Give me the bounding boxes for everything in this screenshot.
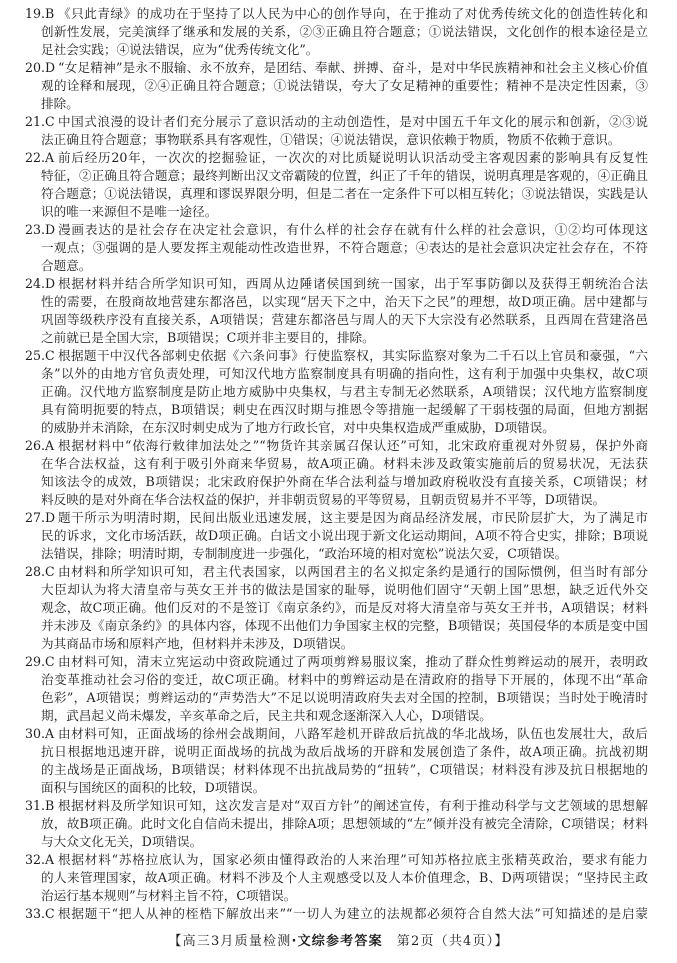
answer-line: 29.C由材料可知，清末立宪运动中资政院通过了两项剪辫易服议案，推动了群众性剪辫… [0, 653, 648, 671]
page-footer: 【高三3月质量检测·文综参考答案第2页（共4页）】 [0, 933, 677, 951]
answer-text: 根据题干“把人从神的桎梏下解放出来”“一切人为建立的法规都必须符合自然大法”可知… [58, 905, 648, 923]
answer-line: 并未涉及《南京条约》的具体内容，体现不出他们力争国家主权的完整，B项错误；英国侵… [41, 617, 648, 635]
answer-line: 观的诠释和展现，②④正确且符合题意；①说法错误，夸大了女足精神的重要性；精神不是… [41, 77, 648, 95]
answer-line: 法错误，排除；明清时期，专制制度进一步强化，“政治环境的相对宽松”说法欠妥，C项… [41, 545, 648, 563]
answer-item-22: 22.A前后经历20年，一次次的挖掘验证，一次次的对比质疑说明认识活动受主客观因… [0, 149, 677, 221]
answer-text: 漫画表达的是社会存在决定社会意识，有什么样的社会存在就有什么样的社会意识，①②均… [58, 221, 648, 239]
answer-text: 根据题干中汉代各部刺史依据《六条问事》行使监察权，其实际监察对象为二千石以上官员… [58, 347, 648, 365]
answer-text: 中国式浪漫的设计者们充分展示了意识活动的主动创造性，是对中国五千年文化的展示和创… [58, 113, 648, 131]
answer-line: 排除。 [41, 95, 648, 113]
footer-subject: ·文综参考答案 [291, 934, 382, 949]
answer-item-29: 29.C由材料可知，清末立宪运动中资政院通过了两项剪辫易服议案，推动了群众性剪辫… [0, 653, 677, 725]
answer-label: 28.C [25, 563, 58, 581]
answer-item-20: 20.D“女足精神”是永不服输、永不放弃，是团结、奉献、拼搏、奋斗，是对中华民族… [0, 59, 677, 113]
answer-line: 色彩”，A项错误；剪辫运动的“声势浩大”不足以说明清政府失去对全国的控制，B项错… [41, 689, 648, 707]
answer-item-25: 25.C根据题干中汉代各部刺史依据《六条问事》行使监察权，其实际监察对象为二千石… [0, 347, 677, 437]
answer-label: 32.A [25, 851, 58, 869]
answer-key-body: 19.B《只此青绿》的成功在于坚持了以人民为中心的创作导向，在于推动了对优秀传统… [0, 5, 677, 923]
answer-line: 24.D根据材料并结合所学知识可知，西周从边陲诸侯国到统一国家，出于军事防御以及… [0, 275, 648, 293]
answer-label: 30.A [25, 725, 58, 743]
answer-label: 23.D [25, 221, 58, 239]
answer-item-33: 33.C根据题干“把人从神的桎梏下解放出来”“一切人为建立的法规都必须符合自然大… [0, 905, 677, 923]
answer-line: 巩固等级秩序没有直接关系，A项错误；营建东都洛邑与周人的天下大宗没有必然联系，且… [41, 311, 648, 329]
answer-line: 符合题意；①说法错误，真理和谬误界限分明，但是二者在一定条件下可以相互转化；③说… [41, 185, 648, 203]
answer-label: 26.A [25, 437, 58, 455]
answer-item-19: 19.B《只此青绿》的成功在于坚持了以人民为中心的创作导向，在于推动了对优秀传统… [0, 5, 677, 59]
answer-line: 与大众文化无关，D项错误。 [41, 833, 648, 851]
answer-label: 22.A [25, 149, 58, 167]
answer-item-28: 28.C由材料和所学知识可知，君主代表国家，以两国君主的名义拟定条约是通行的国际… [0, 563, 677, 653]
footer-page-number: 第2页（共4页） [397, 934, 495, 949]
answer-line: 22.A前后经历20年，一次次的挖掘验证，一次次的对比质疑说明认识活动受主客观因… [0, 149, 648, 167]
footer-close-bracket: 】 [494, 934, 508, 949]
answer-label: 19.B [25, 5, 58, 23]
answer-text: “女足精神”是永不服输、永不放弃，是团结、奉献、拼搏、奋斗，是对中华民族精神和社… [58, 59, 648, 77]
answer-line: 观念，故C项正确。他们反对的不是签订《南京条约》，而是反对将大清皇帝与英女王并书… [41, 599, 648, 617]
answer-line: 法正确且符合题意；事物联系具有客观性，①错误；④说法错误，意识依赖于物质，物质不… [41, 131, 648, 149]
answer-line: 25.C根据题干中汉代各部刺史依据《六条问事》行使监察权，其实际监察对象为二千石… [0, 347, 648, 365]
answer-line: 21.C中国式浪漫的设计者们充分展示了意识活动的主动创造性，是对中国五千年文化的… [0, 113, 648, 131]
answer-text: 根据材料并结合所学知识可知，西周从边陲诸侯国到统一国家，出于军事防御以及获得王朝… [58, 275, 648, 293]
answer-line: 特征，②正确且符合题意；最终判断出汉文帝霸陵的位置，纠正了千年的错误，说明真理是… [41, 167, 648, 185]
answer-line: 23.D漫画表达的是社会存在决定社会意识，有什么样的社会存在就有什么样的社会意识… [0, 221, 648, 239]
answer-item-23: 23.D漫画表达的是社会存在决定社会意识，有什么样的社会存在就有什么样的社会意识… [0, 221, 677, 275]
answer-line: 放，故B项正确。此时文化自信尚未提出，排除A项；思想领域的“左”倾并没有被完全清… [41, 815, 648, 833]
answer-text: 由材料可知，正面战场的徐州会战期间，八路军趁机开辟敌后抗战的华北战场，队伍也发展… [58, 725, 648, 743]
answer-text: 根据材料“苏格拉底认为，国家必须由懂得政治的人来治理”可知苏格拉底主张精英政治，… [58, 851, 648, 869]
answer-line: 民的诉求，文化市场活跃，故D项正确。白话文小说出现于新文化运动期间，A项不符合史… [41, 527, 648, 545]
answer-line: 期，武昌起义尚未爆发，辛亥革命之后，民主共和观念逐渐深入人心，D项错误。 [41, 707, 648, 725]
answer-line: 识的唯一来源但不是唯一途径。 [41, 203, 648, 221]
answer-line: 料反映的是对外商在华合法权益的保护，并非朝贡贸易的平等贸易，且朝贡贸易并不平等，… [41, 491, 648, 509]
answer-line: 32.A根据材料“苏格拉底认为，国家必须由懂得政治的人来治理”可知苏格拉底主张精… [0, 851, 648, 869]
answer-line: 20.D“女足精神”是永不服输、永不放弃，是团结、奉献、拼搏、奋斗，是对中华民族… [0, 59, 648, 77]
answer-line: 19.B《只此青绿》的成功在于坚持了以人民为中心的创作导向，在于推动了对优秀传统… [0, 5, 648, 23]
answer-text: 题干所示为明清时期，民间出版业迅速发展，这主要是因为商品经济发展，市民阶层扩大，… [58, 509, 648, 527]
answer-line: 面积与国统区的面积的比较，D项错误。 [41, 779, 648, 797]
answer-line: 的威胁并未消除，在东汉时刺史成为了地方行政长官，对中央集权造成严重威胁，D项错误… [41, 419, 648, 437]
answer-line: 治变革推动社会习俗的变迁，故C项正确。材料中的剪辫运动是在清政府的指导下开展的，… [41, 671, 648, 689]
answer-label: 24.D [25, 275, 58, 293]
answer-line: 足社会实践；④说法错误，应为“优秀传统文化”。 [41, 41, 648, 59]
answer-line: 创新性发展，完美演绎了继承和发展的关系，②③正确且符合题意；①说法错误，文化创作… [41, 23, 648, 41]
answer-text: 由材料和所学知识可知，君主代表国家，以两国君主的名义拟定条约是通行的国际惯例，但… [58, 563, 648, 581]
answer-item-31: 31.B根据材料及所学知识可知，这次发言是对“双百方针”的阐述宣传，有利于推动科… [0, 797, 677, 851]
answer-line: 条”以外的由地方官负责处理，可知汉代地方监察制度具有明确的指向性，这有利于加强中… [41, 365, 648, 383]
answer-line: 27.D题干所示为明清时期，民间出版业迅速发展，这主要是因为商品经济发展，市民阶… [0, 509, 648, 527]
answer-line: 合题意。 [41, 257, 648, 275]
answer-line: 知该法令的成效，B项错误；北宋政府保护外商在华合法利益与增加政府税收没有直接关系… [41, 473, 648, 491]
answer-line: 大臣却认为将大清皇帝与英女王并书的做法是国家的耻辱，说明他们固守“天朝上国”思想… [41, 581, 648, 599]
answer-label: 25.C [25, 347, 58, 365]
answer-label: 29.C [25, 653, 58, 671]
answer-text: 根据材料中“依海行敕律加法处之”“物货许其亲属召保认还”可知，北宋政府重视对外贸… [58, 437, 648, 455]
answer-item-32: 32.A根据材料“苏格拉底认为，国家必须由懂得政治的人来治理”可知苏格拉底主张精… [0, 851, 677, 905]
answer-line: 治运行基本规则”与材料主旨不符，C项错误。 [41, 887, 648, 905]
answer-line: 30.A由材料可知，正面战场的徐州会战期间，八路军趁机开辟敌后抗战的华北战场，队… [0, 725, 648, 743]
answer-label: 20.D [25, 59, 58, 77]
footer-exam-name: 高三3月质量检测 [183, 934, 292, 949]
answer-label: 21.C [25, 113, 58, 131]
footer-open-bracket: 【 [168, 934, 182, 949]
answer-item-21: 21.C中国式浪漫的设计者们充分展示了意识活动的主动创造性，是对中国五千年文化的… [0, 113, 677, 149]
answer-line: 的人来管理国家，故A项正确。材料不涉及个人主观感受以及人本价值理念，B、D两项错… [41, 869, 648, 887]
answer-line: 28.C由材料和所学知识可知，君主代表国家，以两国君主的名义拟定条约是通行的国际… [0, 563, 648, 581]
answer-line: 一观点；③强调的是人要发挥主观能动性改造世界，不符合题意；④表达的是社会意识决定… [41, 239, 648, 257]
answer-line: 为其商品市场和原料产地，但材料并未涉及，D项错误。 [41, 635, 648, 653]
answer-item-24: 24.D根据材料并结合所学知识可知，西周从边陲诸侯国到统一国家，出于军事防御以及… [0, 275, 677, 347]
answer-line: 31.B根据材料及所学知识可知，这次发言是对“双百方针”的阐述宣传，有利于推动科… [0, 797, 648, 815]
answer-line: 33.C根据题干“把人从神的桎梏下解放出来”“一切人为建立的法规都必须符合自然大… [0, 905, 648, 923]
answer-line: 性的需要，在殷商故地营建东都洛邑，以实现“居天下之中，治天下之民”的理想，故D项… [41, 293, 648, 311]
answer-line: 26.A根据材料中“依海行敕律加法处之”“物货许其亲属召保认还”可知，北宋政府重… [0, 437, 648, 455]
answer-line: 具有简明扼要的特点，B项错误；刺史在西汉时期与推恩令等措施一起缓解了干弱枝强的局… [41, 401, 648, 419]
answer-text: 根据材料及所学知识可知，这次发言是对“双百方针”的阐述宣传，有利于推动科学与文艺… [58, 797, 648, 815]
answer-text: 由材料可知，清末立宪运动中资政院通过了两项剪辫易服议案，推动了群众性剪辫运动的展… [58, 653, 648, 671]
answer-line: 正确。汉代地方监察制度是防止地方威胁中央集权，与君主专制无必然联系，A项错误；汉… [41, 383, 648, 401]
answer-item-27: 27.D题干所示为明清时期，民间出版业迅速发展，这主要是因为商品经济发展，市民阶… [0, 509, 677, 563]
answer-line: 之前就已是全国大宗，B项错误；C项并非主要目的，排除。 [41, 329, 648, 347]
answer-label: 33.C [25, 905, 58, 923]
answer-text: 《只此青绿》的成功在于坚持了以人民为中心的创作导向，在于推动了对优秀传统文化的创… [58, 5, 648, 23]
answer-text: 前后经历20年，一次次的挖掘验证，一次次的对比质疑说明认识活动受主客观因素的影响… [58, 149, 648, 167]
answer-label: 31.B [25, 797, 58, 815]
answer-line: 在华合法权益，这有利于吸引外商来华贸易，故A项正确。材料未涉及政策实施前后的贸易… [41, 455, 648, 473]
answer-line: 的主战场是正面战场，B项错误；材料体现不出抗战局势的“扭转”，C项错误；材料没有… [41, 761, 648, 779]
answer-label: 27.D [25, 509, 58, 527]
answer-line: 抗日根据地迅速开辟，说明正面战场的抗战为敌后战场的开辟和发展创造了条件，故A项正… [41, 743, 648, 761]
answer-item-26: 26.A根据材料中“依海行敕律加法处之”“物货许其亲属召保认还”可知，北宋政府重… [0, 437, 677, 509]
answer-item-30: 30.A由材料可知，正面战场的徐州会战期间，八路军趁机开辟敌后抗战的华北战场，队… [0, 725, 677, 797]
